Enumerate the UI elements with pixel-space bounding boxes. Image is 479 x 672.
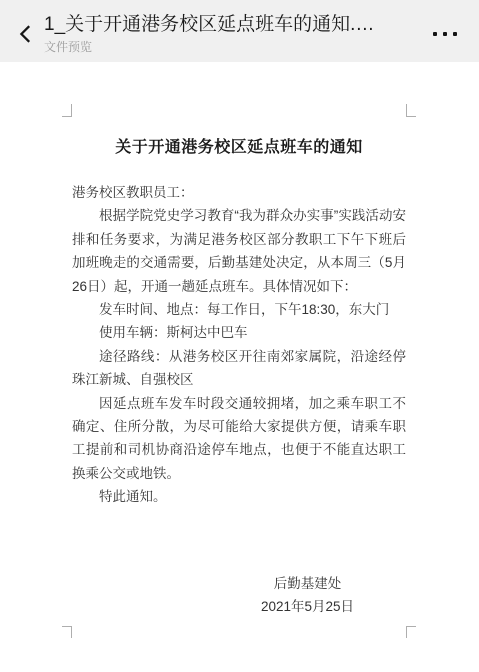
chevron-left-icon bbox=[15, 23, 37, 45]
document-paragraph-departure: 发车时间、地点：每工作日，下午18:30，东大门 bbox=[72, 298, 406, 321]
file-preview-label: 文件预览 bbox=[44, 39, 374, 55]
text-boundary-mark-top-right bbox=[406, 104, 416, 117]
document-page: 关于开通港务校区延点班车的通知 港务校区教职员工： 根据学院党史学习教育“我为群… bbox=[0, 62, 479, 672]
document-paragraph-route: 途径路线：从港务校区开往南郊家属院，沿途经停珠江新城、自强校区 bbox=[72, 345, 406, 392]
document-paragraph-vehicle: 使用车辆：斯柯达中巴车 bbox=[72, 321, 406, 344]
more-menu-button[interactable] bbox=[427, 12, 463, 56]
signature-block: 后勤基建处 2021年5月25日 bbox=[72, 572, 406, 619]
document-paragraph-closing: 特此通知。 bbox=[72, 485, 406, 508]
back-button[interactable] bbox=[8, 12, 44, 56]
signature-department: 后勤基建处 bbox=[261, 572, 354, 595]
signature-date: 2021年5月25日 bbox=[261, 595, 354, 618]
file-title: 1_关于开通港务校区延点班车的通知.… bbox=[44, 13, 374, 37]
document-paragraph-notes: 因延点班车发车时段交通较拥堵，加之乘车职工不确定、住所分散，为尽可能给大家提供方… bbox=[72, 392, 406, 486]
text-boundary-mark-bottom-right bbox=[406, 626, 416, 638]
document-title: 关于开通港务校区延点班车的通知 bbox=[72, 136, 406, 160]
text-boundary-mark-bottom-left bbox=[62, 626, 72, 638]
header-titles: 1_关于开通港务校区延点班车的通知.… 文件预览 bbox=[44, 13, 374, 55]
text-boundary-mark-top-left bbox=[62, 104, 72, 117]
document-paragraph: 根据学院党史学习教育“我为群众办实事”实践活动安排和任务要求，为满足港务校区部分… bbox=[72, 204, 406, 298]
file-preview-screen: 1_关于开通港务校区延点班车的通知.… 文件预览 关于开通港务校区延点班车的通知… bbox=[0, 0, 479, 672]
file-preview-header: 1_关于开通港务校区延点班车的通知.… 文件预览 bbox=[0, 0, 479, 62]
ellipsis-icon bbox=[433, 32, 457, 36]
document-paragraph-salutation: 港务校区教职员工： bbox=[72, 181, 406, 204]
document-body: 港务校区教职员工： 根据学院党史学习教育“我为群众办实事”实践活动安排和任务要求… bbox=[72, 181, 406, 509]
